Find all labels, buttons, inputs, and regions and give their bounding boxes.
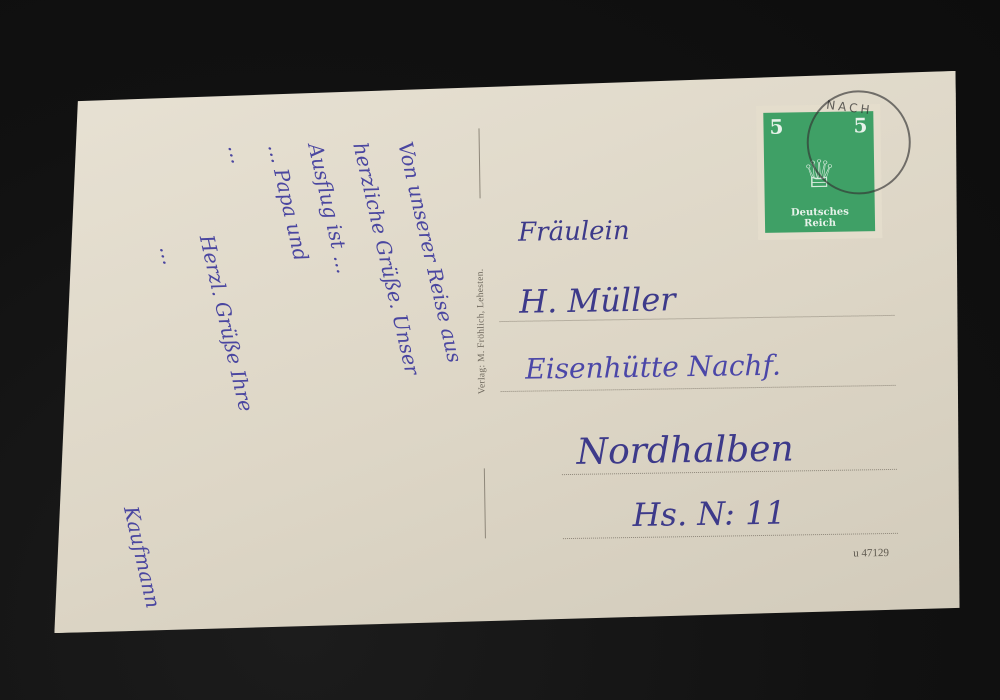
address-street: Eisenhütte Nachf. [525,349,781,386]
stamp-value-left: 5 [769,115,783,139]
address-house-number: Hs. N: 11 [632,494,786,534]
message-line: Kaufmann [119,504,166,611]
postmark-text: NACH [826,98,874,118]
stamp-text-line2: Reich [791,218,849,230]
message-line: ... [223,142,251,166]
address-name: H. Müller [519,280,676,320]
address-line-2 [501,385,896,392]
postcard-back: Verlag: M. Fröhlich, Lehesten. Von unser… [46,71,964,633]
stamp-text-line1: Deutsches [791,207,849,219]
address-city: Nordhalben [576,428,794,472]
center-divider-bottom [484,468,486,538]
address-line-4 [563,533,898,539]
message-line: Herzl. Grüße Ihre [195,232,259,413]
serial-number: u 47129 [853,547,889,560]
publisher-imprint: Verlag: M. Fröhlich, Lehesten. [476,261,488,401]
postmark-cancellation: NACH [806,90,912,196]
address-salutation: Fräulein [518,216,630,248]
message-line: ... [155,243,183,267]
center-divider-top [478,128,480,198]
handwritten-message: Von unserer Reise aus herzliche Grüße. U… [86,119,453,585]
